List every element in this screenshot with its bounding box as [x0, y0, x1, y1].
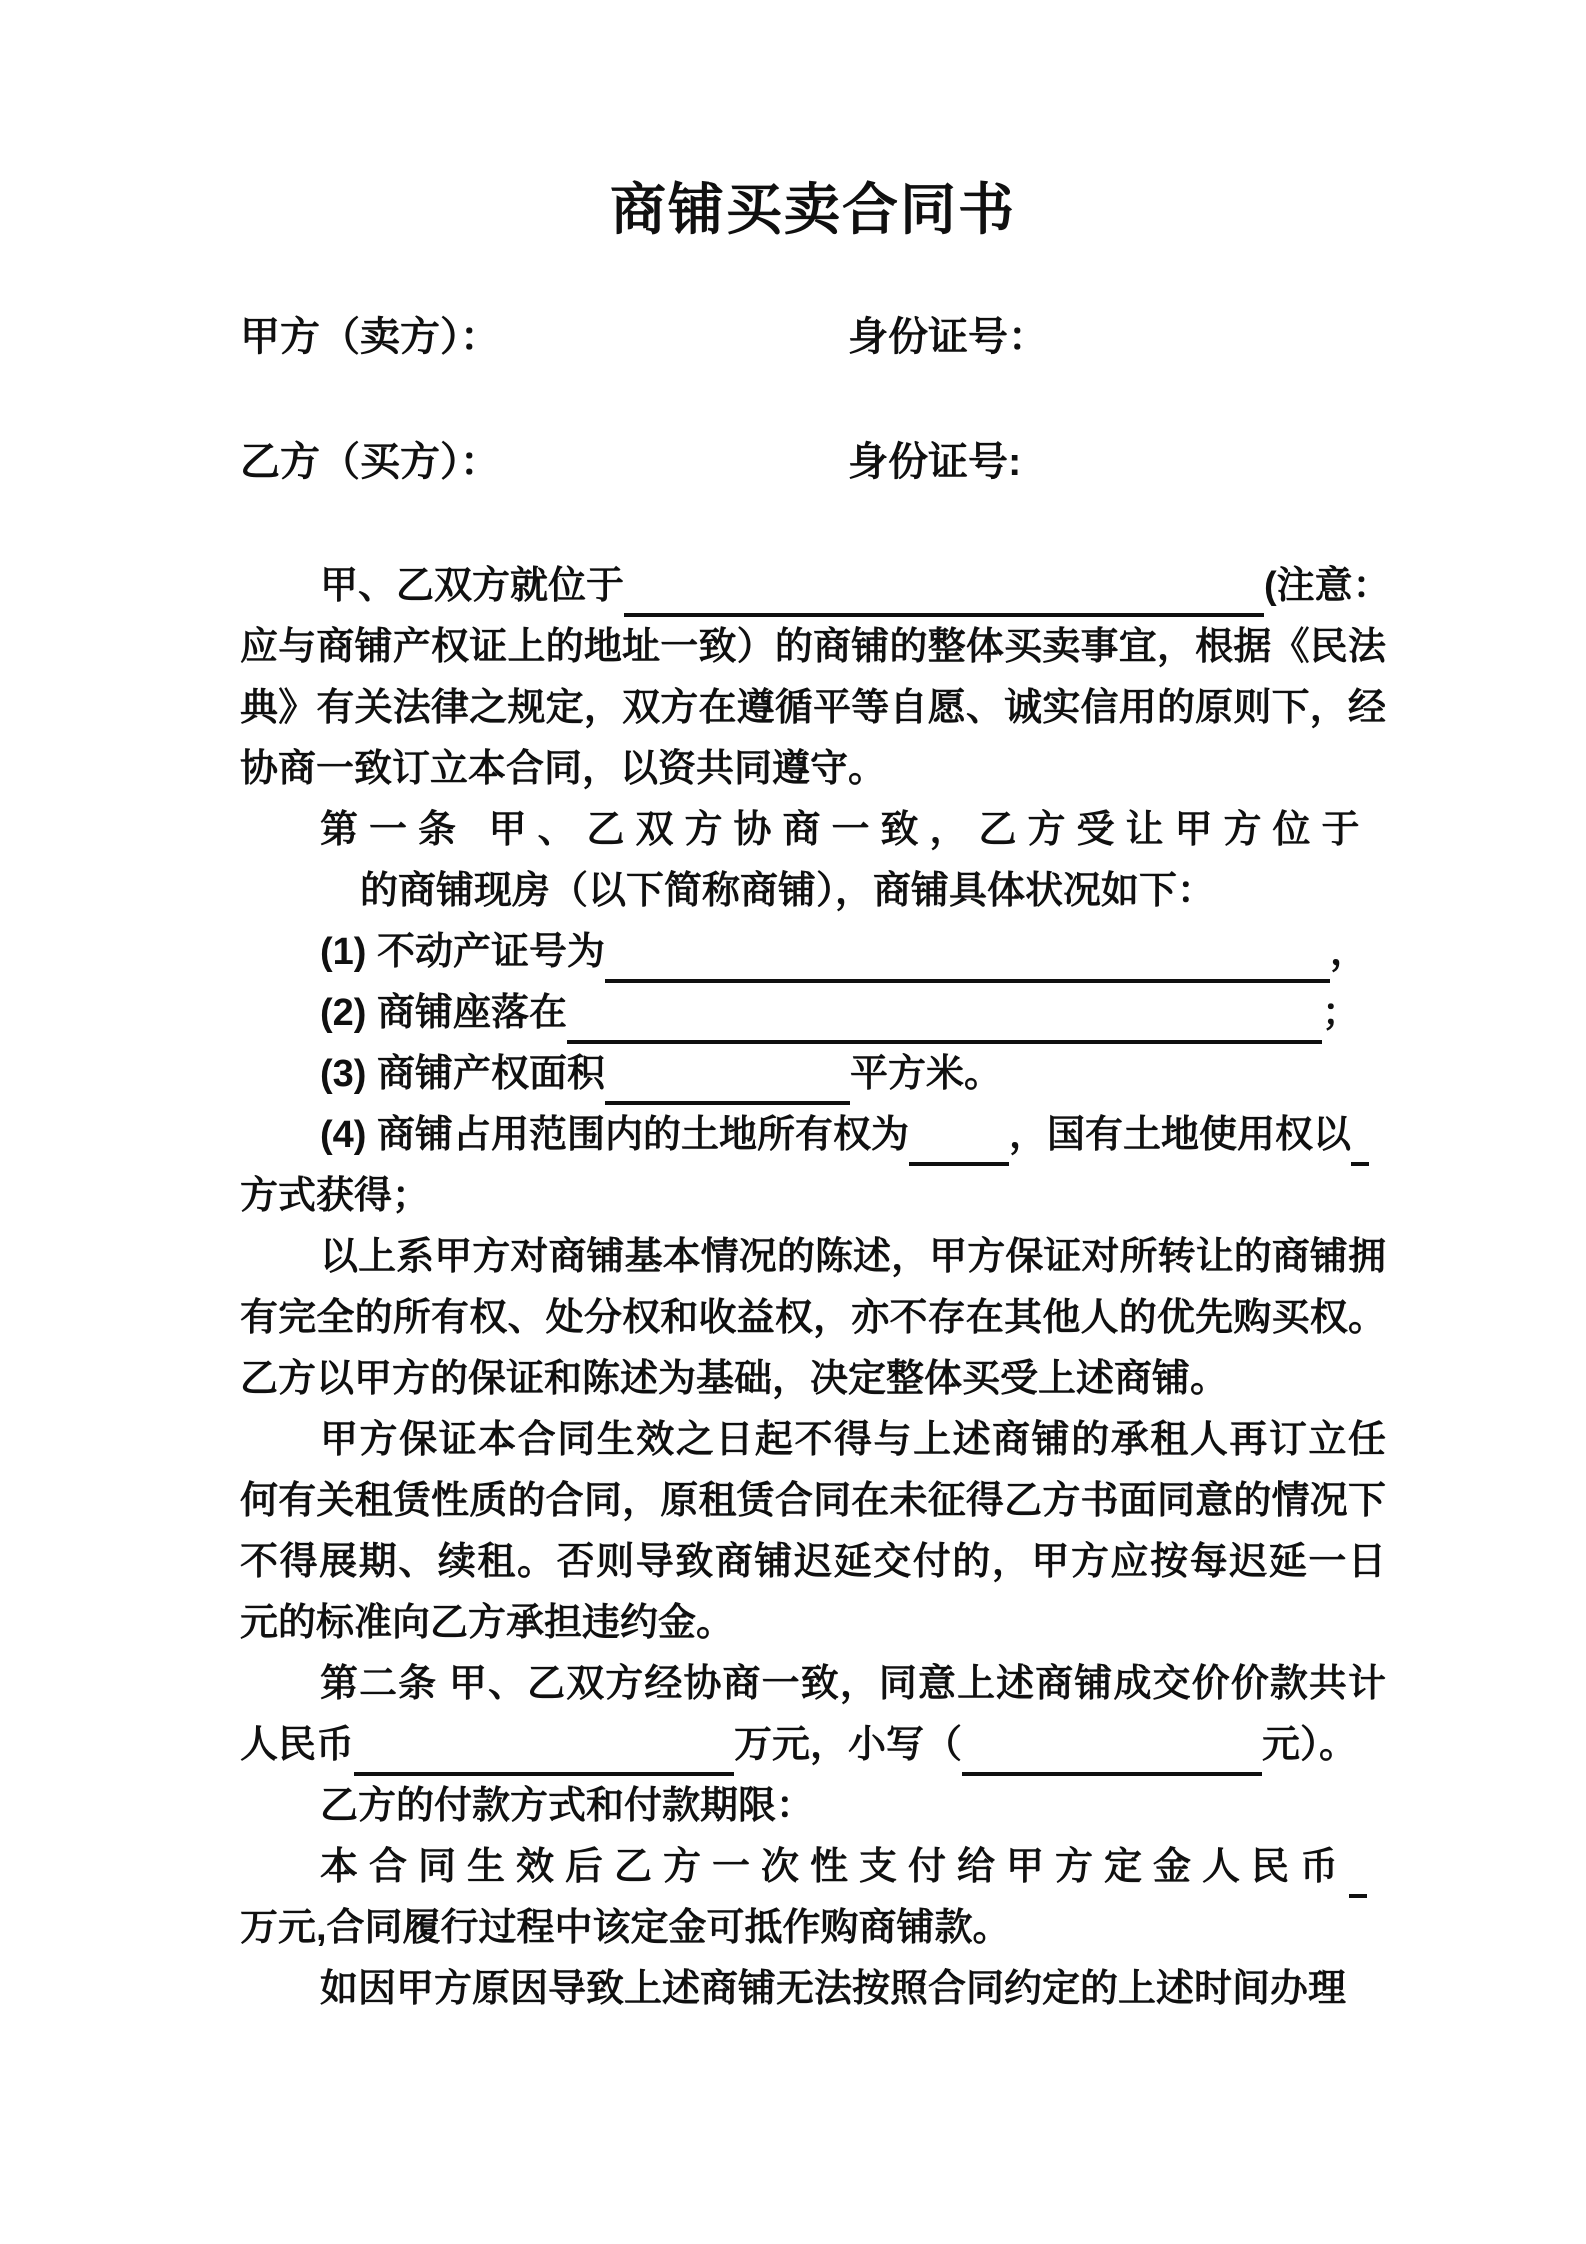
text-segment: (2) 商铺座落在 — [320, 992, 567, 1034]
blank-field — [354, 1726, 734, 1776]
text-segment: 甲方保证本合同生效之日起不得与上述商铺的承租人再订立任 — [320, 1419, 1386, 1461]
document-title: 商铺买卖合同书 — [240, 175, 1386, 245]
text-segment: 平方米。 — [850, 1053, 1002, 1095]
text-segment: 何有关租赁性质的合同，原租赁合同在未征得乙方书面同意的情况下 — [240, 1480, 1386, 1522]
blank-field — [567, 994, 1322, 1044]
text-segment: (3) 商铺产权面积 — [320, 1053, 605, 1095]
contract-line: 如因甲方原因导致上述商铺无法按照合同约定的上述时间办理 — [240, 1959, 1386, 2020]
text-segment: 协商一致订立本合同，以资共同遵守。 — [240, 748, 886, 790]
contract-line: 典》有关法律之规定，双方在遵循平等自愿、诚实信用的原则下，经 — [240, 678, 1386, 739]
document-page: 商铺买卖合同书 甲方（卖方）： 身份证号： 乙方（买方）： 身份证号: 甲、乙双… — [0, 0, 1586, 2244]
contract-line: 的商铺现房（以下简称商铺），商铺具体状况如下： — [240, 861, 1386, 922]
text-segment: (4) 商铺占用范围内的土地所有权为 — [320, 1114, 909, 1156]
text-segment: 人民币 — [240, 1724, 354, 1766]
party-row-buyer: 乙方（买方）： 身份证号: — [240, 438, 1386, 486]
party-row-seller: 甲方（卖方）： 身份证号： — [240, 313, 1386, 361]
contract-line: (1) 不动产证号为， — [240, 922, 1386, 983]
blank-field — [909, 1116, 1009, 1166]
text-segment: 第一条 甲、乙双方协商一致，乙方受让甲方位于 — [320, 809, 1371, 851]
buyer-id-label: 身份证号: — [848, 438, 1021, 486]
blank-field — [605, 1055, 850, 1105]
contract-line: (2) 商铺座落在； — [240, 983, 1386, 1044]
text-segment: ，国有土地使用权以 — [1009, 1114, 1351, 1156]
seller-label: 甲方（卖方）： — [240, 313, 500, 361]
text-segment: ； — [1322, 992, 1360, 1034]
contract-line: 以上系甲方对商铺基本情况的陈述，甲方保证对所转让的商铺拥 — [240, 1227, 1386, 1288]
contract-line: 甲、乙双方就位于(注意： — [240, 556, 1386, 617]
seller-id-label: 身份证号： — [848, 313, 1048, 361]
contract-body: 甲、乙双方就位于(注意：应与商铺产权证上的地址一致）的商铺的整体买卖事宜，根据《… — [240, 556, 1386, 2020]
text-segment: 万元,合同履行过程中该定金可抵作购商铺款。 — [240, 1907, 1011, 1949]
text-segment: 的商铺现房（以下简称商铺），商铺具体状况如下： — [360, 870, 1215, 912]
text-segment: 如因甲方原因导致上述商铺无法按照合同约定的上述时间办理 — [320, 1968, 1346, 2010]
contract-line: 协商一致订立本合同，以资共同遵守。 — [240, 739, 1386, 800]
text-segment: 有完全的所有权、处分权和收益权，亦不存在其他人的优先购买权。 — [240, 1297, 1386, 1339]
blank-field — [605, 933, 1330, 983]
contract-line: 乙方以甲方的保证和陈述为基础，决定整体买受上述商铺。 — [240, 1349, 1386, 1410]
contract-line: 本合同生效后乙方一次性支付给甲方定金人民币 — [240, 1837, 1386, 1898]
contract-line: 人民币万元，小写（元）。 — [240, 1715, 1386, 1776]
contract-line: 应与商铺产权证上的地址一致）的商铺的整体买卖事宜，根据《民法 — [240, 617, 1386, 678]
text-segment: 应与商铺产权证上的地址一致）的商铺的整体买卖事宜，根据《民法 — [240, 626, 1386, 668]
text-segment: 本合同生效后乙方一次性支付给甲方定金人民币 — [320, 1846, 1349, 1888]
text-segment: 元的标准向乙方承担违约金。 — [240, 1602, 734, 1644]
buyer-label: 乙方（买方）： — [240, 438, 500, 486]
contract-line: 有完全的所有权、处分权和收益权，亦不存在其他人的优先购买权。 — [240, 1288, 1386, 1349]
text-segment: 元）。 — [1262, 1724, 1357, 1766]
text-segment: 典》有关法律之规定，双方在遵循平等自愿、诚实信用的原则下，经 — [240, 687, 1386, 729]
text-segment: ， — [1330, 931, 1368, 973]
text-segment: 甲、乙双方就位于 — [320, 565, 624, 607]
contract-line: (3) 商铺产权面积平方米。 — [240, 1044, 1386, 1105]
contract-line: 乙方的付款方式和付款期限： — [240, 1776, 1386, 1837]
text-segment: 不得展期、续租。否则导致商铺迟延交付的，甲方应按每迟延一日 — [240, 1541, 1386, 1583]
text-segment: (1) 不动产证号为 — [320, 931, 605, 973]
blank-field — [962, 1726, 1262, 1776]
text-segment: 第二条 甲、乙双方经协商一致，同意上述商铺成交价价款共计 — [320, 1663, 1386, 1705]
blank-field — [1351, 1116, 1369, 1166]
blank-field — [624, 567, 1264, 617]
text-segment: 方式获得； — [240, 1175, 430, 1217]
text-segment: 万元，小写（ — [734, 1724, 962, 1766]
text-segment: 以上系甲方对商铺基本情况的陈述，甲方保证对所转让的商铺拥 — [320, 1236, 1386, 1278]
blank-field — [1349, 1848, 1367, 1898]
contract-line: 甲方保证本合同生效之日起不得与上述商铺的承租人再订立任 — [240, 1410, 1386, 1471]
text-segment: 乙方以甲方的保证和陈述为基础，决定整体买受上述商铺。 — [240, 1358, 1228, 1400]
contract-line: 方式获得； — [240, 1166, 1386, 1227]
contract-line: 元的标准向乙方承担违约金。 — [240, 1593, 1386, 1654]
contract-line: (4) 商铺占用范围内的土地所有权为，国有土地使用权以 — [240, 1105, 1386, 1166]
contract-line: 第一条 甲、乙双方协商一致，乙方受让甲方位于 — [240, 800, 1386, 861]
text-segment: (注意： — [1264, 565, 1391, 607]
text-segment: 乙方的付款方式和付款期限： — [320, 1785, 814, 1827]
contract-line: 万元,合同履行过程中该定金可抵作购商铺款。 — [240, 1898, 1386, 1959]
contract-line: 何有关租赁性质的合同，原租赁合同在未征得乙方书面同意的情况下 — [240, 1471, 1386, 1532]
parties-section: 甲方（卖方）： 身份证号： 乙方（买方）： 身份证号: — [240, 313, 1386, 486]
contract-line: 不得展期、续租。否则导致商铺迟延交付的，甲方应按每迟延一日 — [240, 1532, 1386, 1593]
contract-line: 第二条 甲、乙双方经协商一致，同意上述商铺成交价价款共计 — [240, 1654, 1386, 1715]
